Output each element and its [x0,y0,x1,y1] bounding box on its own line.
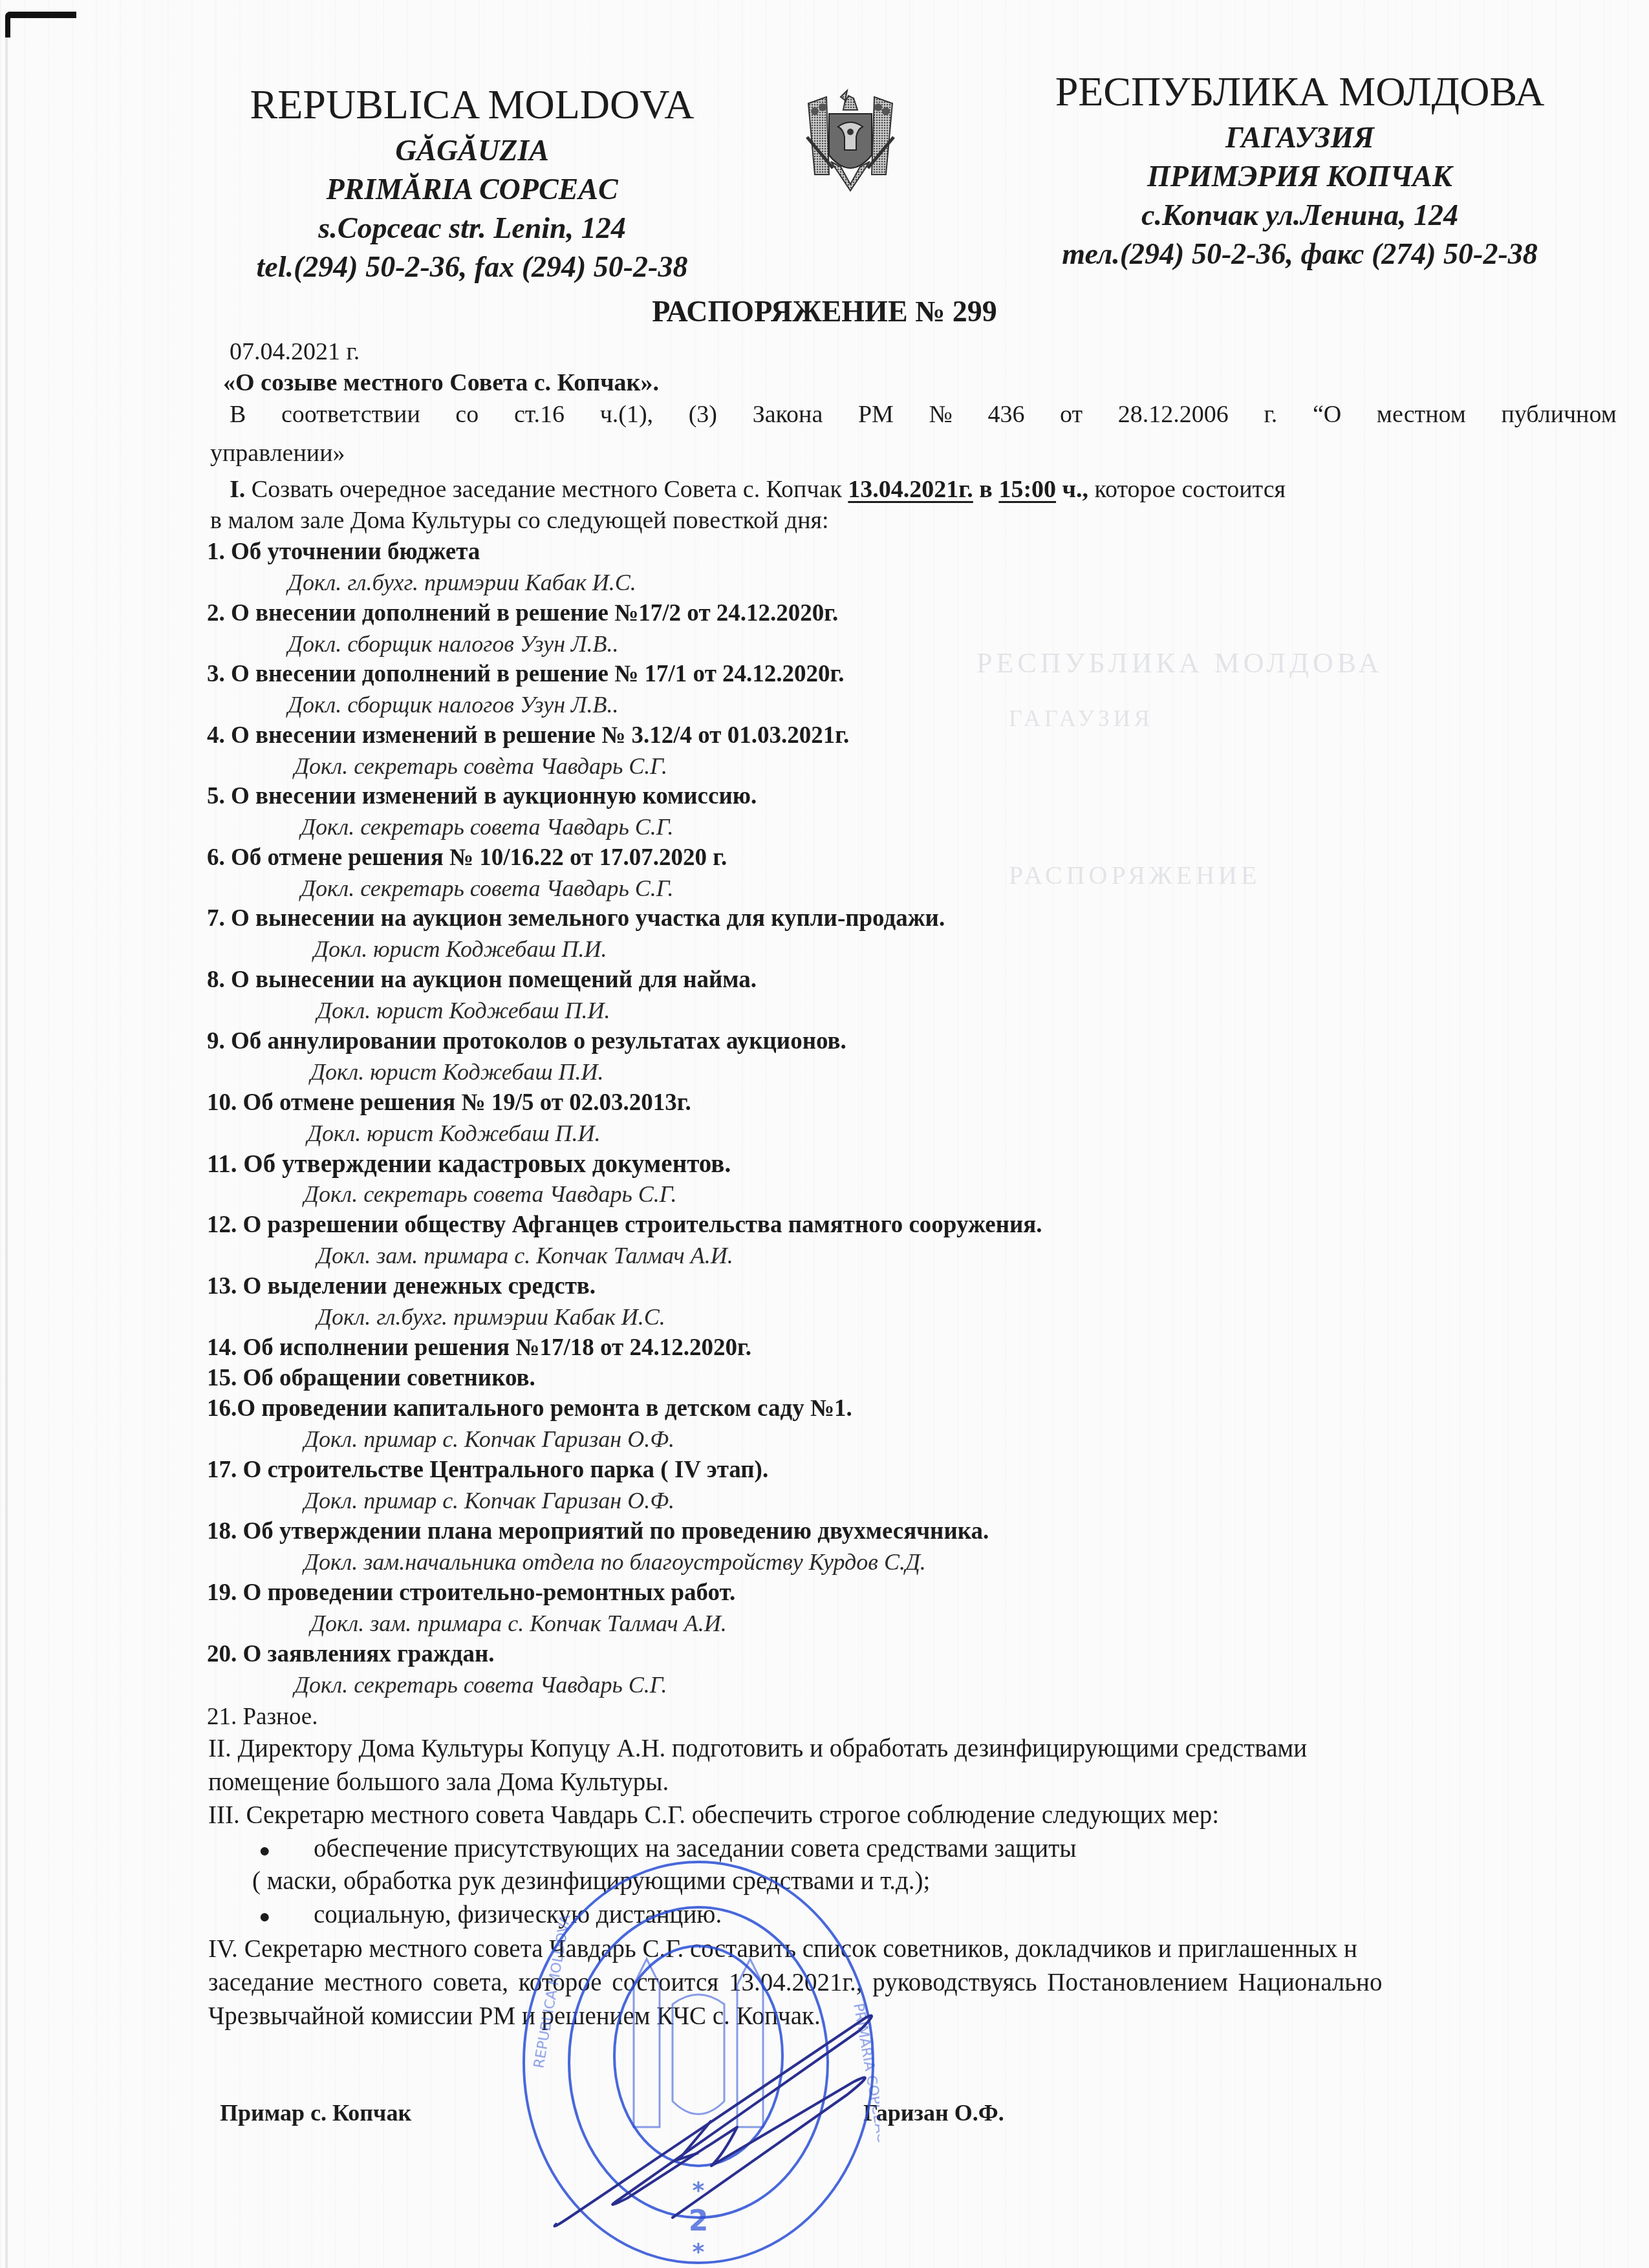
word: г. [1264,402,1277,427]
document-title: РАСПОРЯЖЕНИЕ № 299 [0,294,1649,328]
agenda-reporter-6: Докл. секретарь совета Чавдарь С.Г. [301,877,674,900]
bleed-through-text: РАСПОРЯЖЕНИЕ [1009,860,1260,890]
agenda-item-15: 15. Об обращении советников. [207,1366,535,1390]
agenda-item-7: 7. О вынесении на аукцион земельного уча… [207,906,945,930]
scan-corner-mark [5,12,76,18]
agenda-item-19: 19. О проведении строительно-ремонтных р… [207,1581,735,1605]
agenda-item-10: 10. Об отмене решения № 19/5 от 02.03.20… [207,1091,691,1115]
agenda-reporter-18: Докл. зам.начальника отдела по благоустр… [304,1550,926,1574]
office-name-ru: ПРИМЭРИЯ КОПЧАК [996,162,1604,191]
agenda-reporter-8: Докл. юрист Коджебаш П.И. [317,999,610,1022]
section-II-line-1: II. Директору Дома Культуры Копуцу А.Н. … [208,1736,1307,1761]
region-name-ru: ГАГАУЗИЯ [996,123,1604,153]
section-III-line-1: III. Секретарю местного совета Чавдарь С… [208,1803,1219,1828]
country-name-ro: REPUBLICA MOLDOVA [194,84,750,125]
agenda-item-11: 11. Об утверждении кадастровых документо… [207,1151,731,1177]
scan-corner-mark-vertical [5,12,10,37]
document-date: 07.04.2021 г. [230,339,360,364]
agenda-item-4: 4. О внесении изменений в решение № 3.12… [207,723,849,747]
agenda-item-2: 2. О внесении дополнений в решение №17/2… [207,601,838,625]
agenda-item-20: 20. О заявлениях граждан. [207,1642,495,1666]
agenda-reporter-19: Докл. зам. примара с. Копчак Талмач А.И. [310,1612,727,1635]
agenda-reporter-5: Докл. секретарь совета Чавдарь С.Г. [301,815,674,839]
svg-text:*: * [693,2239,705,2265]
bleed-through-text: ГАГАУЗИЯ [1009,705,1154,732]
header-left-romanian: REPUBLICA MOLDOVA GĂGĂUZIA PRIMĂRIA COPC… [194,84,750,282]
agenda-reporter-4: Докл. секретарь совѐта Чавдарь С.Г. [294,754,667,778]
legal-basis-line-2: управлении» [210,441,345,465]
agenda-item-5: 5. О внесении изменений в аукционную ком… [207,784,757,808]
word: 28.12.2006 [1118,402,1229,427]
word: ст.16 [514,402,565,427]
section-II-line-2: помещение большого зала Дома Культуры. [208,1770,669,1795]
word: со [455,402,479,427]
word: ч.(1), [600,402,653,427]
bullet-icon: ● [259,1906,270,1928]
section-numeral: IV. [208,1935,238,1963]
section-numeral: III. [208,1801,240,1829]
agenda-item-6: 6. Об отмене решения № 10/16.22 от 17.07… [207,846,727,870]
section-I-connector: в [973,476,999,503]
section-II-text: Директору Дома Культуры Копуцу А.Н. подг… [232,1735,1307,1762]
agenda-reporter-17: Докл. примар с. Копчак Гаризан О.Ф. [304,1489,674,1512]
word: соответствии [281,402,420,427]
agenda-item-21: 21. Разное. [207,1705,318,1729]
agenda-item-3: 3. О внесении дополнений в решение № 17/… [207,662,844,686]
handwritten-signature-icon [543,2004,905,2237]
section-III-text: Секретарю местного совета Чавдарь С.Г. о… [240,1801,1219,1829]
contacts-ru: тел.(294) 50-2-36, факс (274) 50-2-38 [996,239,1604,269]
section-I-text-end: которое состоится [1088,476,1286,503]
office-name-ro: PRIMĂRIA COPCEAC [194,175,750,204]
word: от [1060,402,1083,427]
document-subject: «О созыве местного Совета с. Копчак». [223,370,659,395]
agenda-item-12: 12. О разрешении обществу Афганцев строи… [207,1213,1042,1237]
agenda-reporter-20: Докл. секретарь совета Чавдарь С.Г. [294,1673,667,1696]
signatory-position: Примар с. Копчак [220,2101,411,2124]
section-I-line-2: в малом зале Дома Культуры со следующей … [210,508,829,533]
meeting-time: 15:00 [998,476,1056,503]
region-name-ro: GĂGĂUZIA [194,136,750,166]
agenda-item-14: 14. Об исполнении решения №17/18 от 24.1… [207,1336,751,1360]
word: В [230,402,246,427]
section-numeral: I. [230,476,245,503]
agenda-item-18: 18. Об утверждении плана мероприятий по … [207,1519,989,1543]
agenda-reporter-12: Докл. зам. примара с. Копчак Талмач А.И. [317,1244,733,1267]
section-numeral: II. [208,1735,232,1762]
coat-of-arms-icon [795,65,905,200]
word: “О [1313,402,1341,427]
word: публичном [1501,402,1616,427]
agenda-item-8: 8. О вынесении на аукцион помещений для … [207,968,757,992]
agenda-item-9: 9. Об аннулировании протоколов о результ… [207,1029,846,1053]
agenda-reporter-11: Докл. секретарь совета Чавдарь С.Г. [304,1182,677,1206]
agenda-reporter-10: Докл. юрист Коджебаш П.И. [307,1122,601,1145]
word: (3) [689,402,717,427]
legal-basis-line-1: В соответствии со ст.16 ч.(1), (3) Закон… [230,402,1617,427]
agenda-reporter-9: Докл. юрист Коджебаш П.И. [310,1060,604,1084]
agenda-reporter-13: Докл. гл.бухг. примэрии Кабак И.С. [317,1305,665,1329]
agenda-item-17: 17. О строительстве Центрального парка (… [207,1458,768,1482]
agenda-reporter-2: Докл. сборщик налогов Узун Л.В.. [288,632,618,656]
agenda-reporter-16: Докл. примар с. Копчак Гаризан О.Ф. [304,1428,674,1451]
word: местном [1377,402,1466,427]
page-edge [5,26,8,2268]
contacts-ro: tel.(294) 50-2-36, fax (294) 50-2-38 [194,252,750,282]
country-name-ru: РЕСПУБЛИКА МОЛДОВА [996,71,1604,112]
agenda-item-16: 16.О проведении капитального ремонта в д… [207,1396,852,1420]
word: Закона [753,402,823,427]
section-I-text: Созвать очередное заседание местного Сов… [245,476,848,503]
word: РМ [858,402,894,427]
bullet-icon: ● [259,1840,270,1862]
agenda-reporter-7: Докл. юрист Коджебаш П.И. [314,937,607,961]
word: № [929,402,953,427]
agenda-item-1: 1. Об уточнении бюджета [207,540,480,564]
agenda-reporter-1: Докл. гл.бухг. примэрии Кабак И.С. [288,571,636,594]
word: 436 [987,402,1024,427]
meeting-date: 13.04.2021г. [848,476,973,503]
section-I-line-1: I. Созвать очередное заседание местного … [230,477,1286,502]
header-right-russian: РЕСПУБЛИКА МОЛДОВА ГАГАУЗИЯ ПРИМЭРИЯ КОП… [996,71,1604,269]
address-ru: с.Копчак ул.Ленина, 124 [996,200,1604,230]
bleed-through-text: РЕСПУБЛИКА МОЛДОВА [976,647,1383,679]
agenda-item-13: 13. О выделении денежных средств. [207,1274,596,1298]
agenda-reporter-3: Докл. сборщик налогов Узун Л.В.. [288,693,618,716]
address-ro: s.Copceac str. Lenin, 124 [194,213,750,243]
section-I-hours: ч., [1056,476,1088,503]
